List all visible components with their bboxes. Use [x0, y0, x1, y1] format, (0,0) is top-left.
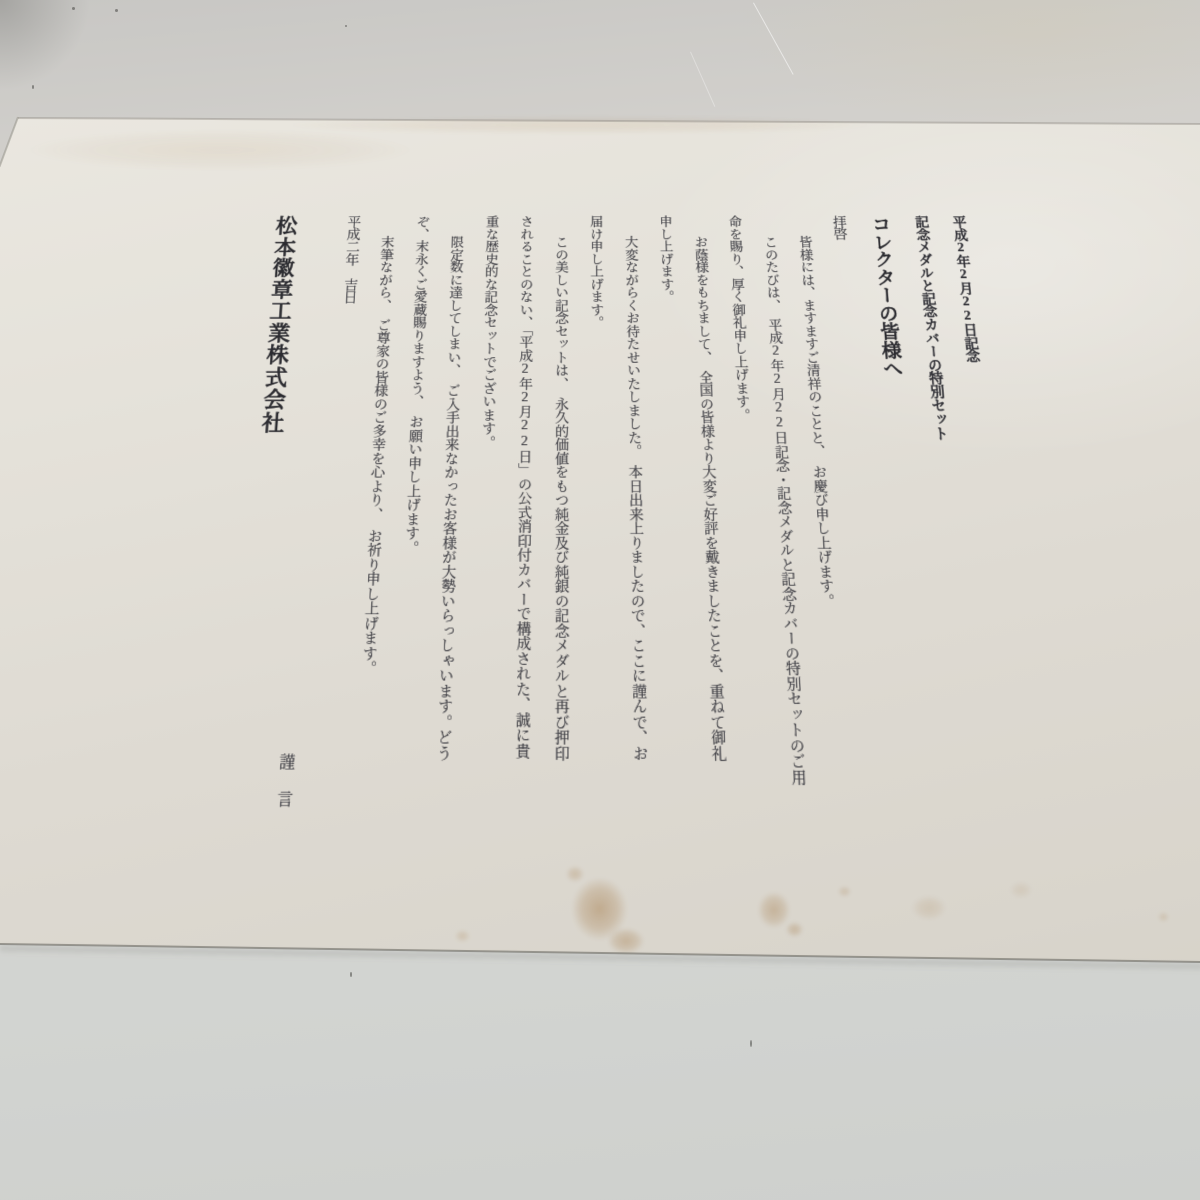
speck	[345, 25, 347, 27]
speck	[350, 972, 352, 977]
stain-mark	[912, 896, 946, 920]
letter-text: 平成2年2月22日記念 記念メダルと記念カバーの特別セット コレクターの皆様へ …	[50, 215, 1038, 809]
speck	[115, 9, 118, 12]
photo-of-letter: 平成2年2月22日記念 記念メダルと記念カバーの特別セット コレクターの皆様へ …	[0, 0, 1200, 1200]
stain-mark	[1010, 882, 1032, 898]
speck	[32, 85, 34, 89]
stain-mark	[566, 866, 584, 882]
stain-mark	[1158, 912, 1169, 922]
body-line: この美しい記念セットは、 永久的価値をもつ純金及び純銀の記念メダルと再び押印	[541, 215, 581, 809]
speck	[750, 1040, 752, 1047]
stain-mark	[786, 922, 803, 937]
stain-mark	[758, 892, 790, 928]
stain-mark	[30, 130, 410, 170]
speck	[72, 7, 75, 10]
scratch-mark	[753, 3, 794, 75]
scratch-mark	[690, 52, 715, 107]
stain-mark	[838, 886, 851, 897]
stain-mark	[608, 928, 644, 954]
stain-mark	[455, 930, 470, 942]
